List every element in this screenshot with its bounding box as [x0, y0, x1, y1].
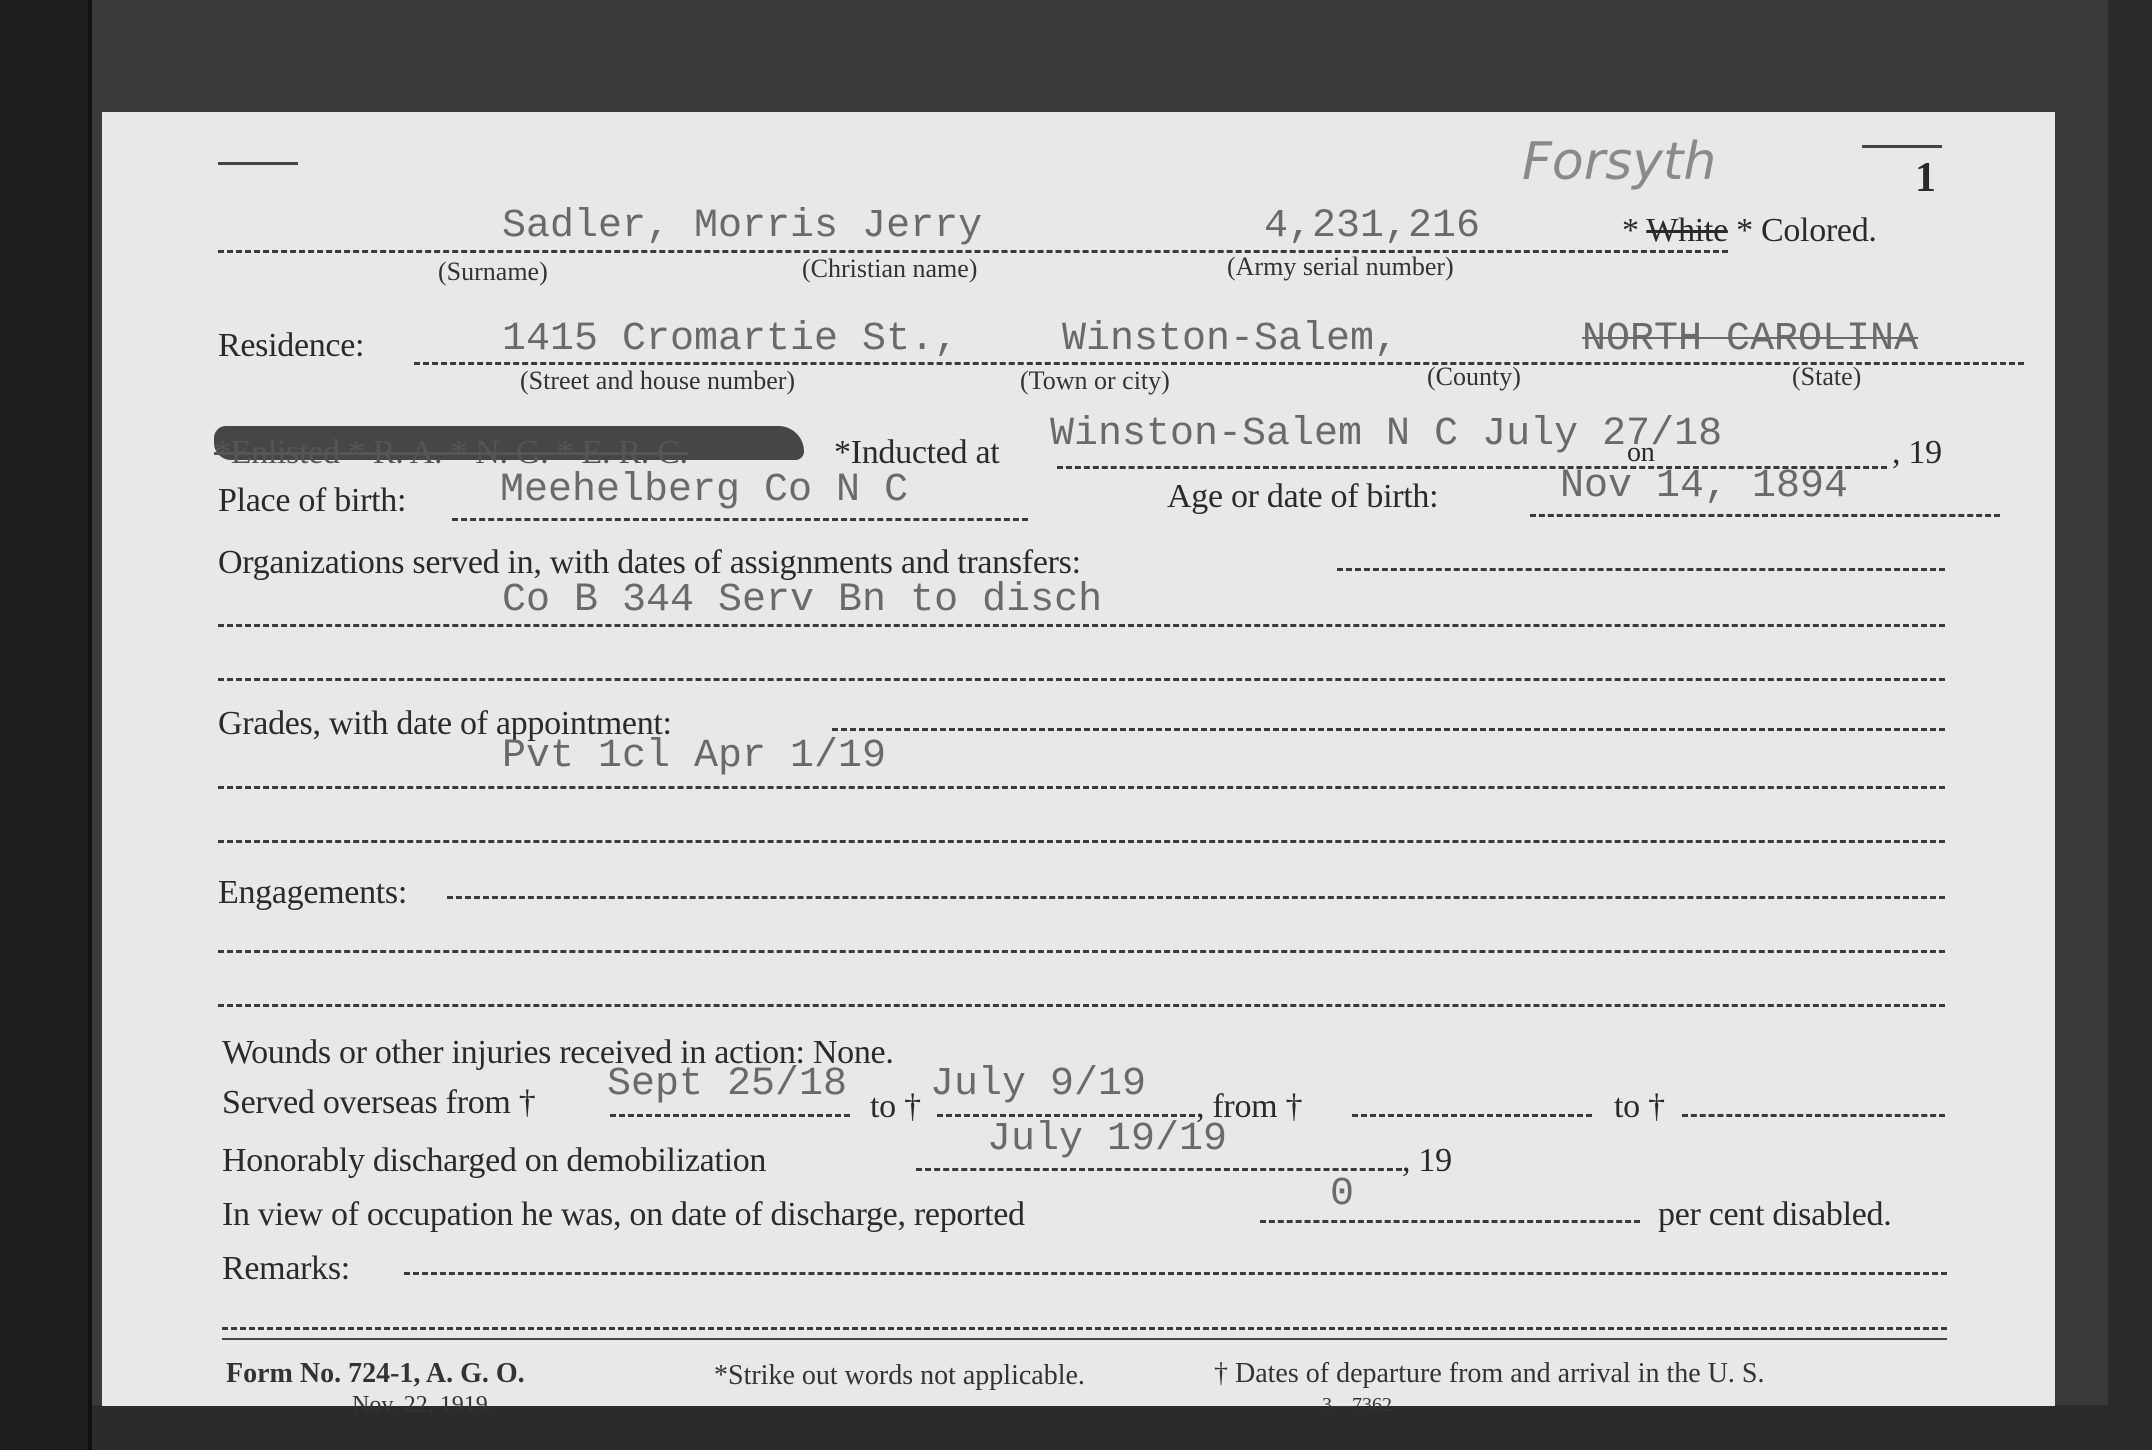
residence-state: NORTH CAROLINA — [1582, 317, 1918, 362]
remarks-line-2 — [222, 1327, 1947, 1330]
film-border-left — [0, 0, 92, 1450]
serial-value: 4,231,216 — [1264, 204, 1480, 249]
engagements-line-2 — [218, 950, 1945, 953]
footer-separator — [222, 1338, 1947, 1340]
remarks-line-1 — [404, 1272, 1947, 1275]
organizations-line-3 — [218, 678, 1945, 681]
surname-caption: (Surname) — [438, 257, 548, 287]
form-date: Nov. 22, 1919. — [352, 1392, 494, 1419]
town-caption: (Town or city) — [1020, 366, 1170, 396]
birth-place-line — [452, 518, 1028, 521]
organizations-line-2 — [218, 624, 1945, 627]
grades-line-1 — [832, 728, 1945, 731]
birth-date-label: Age or date of birth: — [1167, 478, 1438, 516]
discharge-value: July 19/19 — [987, 1117, 1227, 1162]
print-code: 3—7362 — [1322, 1394, 1392, 1417]
disability-label: In view of occupation he was, on date of… — [222, 1196, 1025, 1234]
top-right-rule — [1862, 145, 1942, 148]
disability-line — [1260, 1220, 1640, 1223]
discharge-year-suffix: , 19 — [1402, 1142, 1452, 1180]
race-colored: Colored. — [1761, 212, 1877, 249]
dates-note: † Dates of departure from and arrival in… — [1214, 1358, 1764, 1390]
residence-town: Winston-Salem, — [1062, 317, 1398, 362]
engagements-line-1 — [447, 896, 1945, 899]
service-record-card: 1 Forsyth Sadler, Morris Jerry (Surname)… — [102, 112, 2055, 1406]
organizations-label: Organizations served in, with dates of a… — [218, 544, 1081, 582]
grades-line-3 — [218, 840, 1945, 843]
residence-street: 1415 Cromartie St., — [502, 317, 958, 362]
inducted-value: Winston-Salem N C July 27/18 — [1050, 412, 1722, 457]
race-field: * White * Colored. — [1622, 212, 1877, 250]
disability-value: 0 — [1330, 1172, 1354, 1217]
residence-label: Residence: — [218, 327, 364, 365]
overseas-from-value: Sept 25/18 — [607, 1062, 847, 1107]
birth-date-value: Nov 14, 1894 — [1560, 464, 1848, 509]
race-white-struck: White — [1646, 212, 1728, 249]
strike-note: *Strike out words not applicable. — [714, 1360, 1085, 1392]
name-line — [218, 250, 1728, 253]
engagements-line-3 — [218, 1004, 1945, 1007]
grades-value: Pvt 1cl Apr 1/19 — [502, 734, 886, 779]
overseas-from2-line — [1352, 1114, 1592, 1117]
top-left-rule — [218, 162, 298, 165]
serial-caption: (Army serial number) — [1227, 252, 1454, 282]
discharge-line — [916, 1168, 1402, 1171]
birth-place-value: Meehelberg Co N C — [500, 468, 908, 513]
street-caption: (Street and house number) — [520, 366, 795, 396]
birth-place-label: Place of birth: — [218, 482, 406, 520]
remarks-label: Remarks: — [222, 1250, 350, 1288]
residence-line — [414, 362, 2024, 365]
overseas-from-line — [610, 1114, 850, 1117]
engagements-label: Engagements: — [218, 874, 407, 912]
county-note: Forsyth — [1522, 132, 1716, 192]
county-caption: (County) — [1427, 362, 1521, 392]
enlisted-options: *Enlisted * R. A. * N. G. * E. R. C. — [214, 434, 688, 472]
inducted-label: *Inducted at — [834, 434, 999, 472]
name-value: Sadler, Morris Jerry — [502, 204, 982, 249]
birth-date-line — [1530, 514, 2000, 517]
film-border-right — [2108, 0, 2152, 1450]
disability-suffix: per cent disabled. — [1658, 1196, 1891, 1234]
organizations-value: Co B 344 Serv Bn to disch — [502, 578, 1102, 623]
discharge-label: Honorably discharged on demobilization — [222, 1142, 766, 1180]
form-number: Form No. 724-1, A. G. O. — [226, 1358, 525, 1390]
grades-line-2 — [218, 786, 1945, 789]
overseas-to2-line — [1682, 1114, 1945, 1117]
inducted-year-suffix: , 19 — [1892, 434, 1942, 472]
overseas-label: Served overseas from † — [222, 1084, 535, 1122]
overseas-to-value: July 9/19 — [930, 1062, 1146, 1107]
card-number: 1 — [1915, 154, 1936, 202]
organizations-line-1 — [1337, 568, 1945, 571]
overseas-to2-label: to † — [1614, 1088, 1665, 1126]
overseas-to-label: to † — [870, 1088, 921, 1126]
christian-name-caption: (Christian name) — [802, 254, 977, 284]
state-caption: (State) — [1792, 362, 1861, 392]
